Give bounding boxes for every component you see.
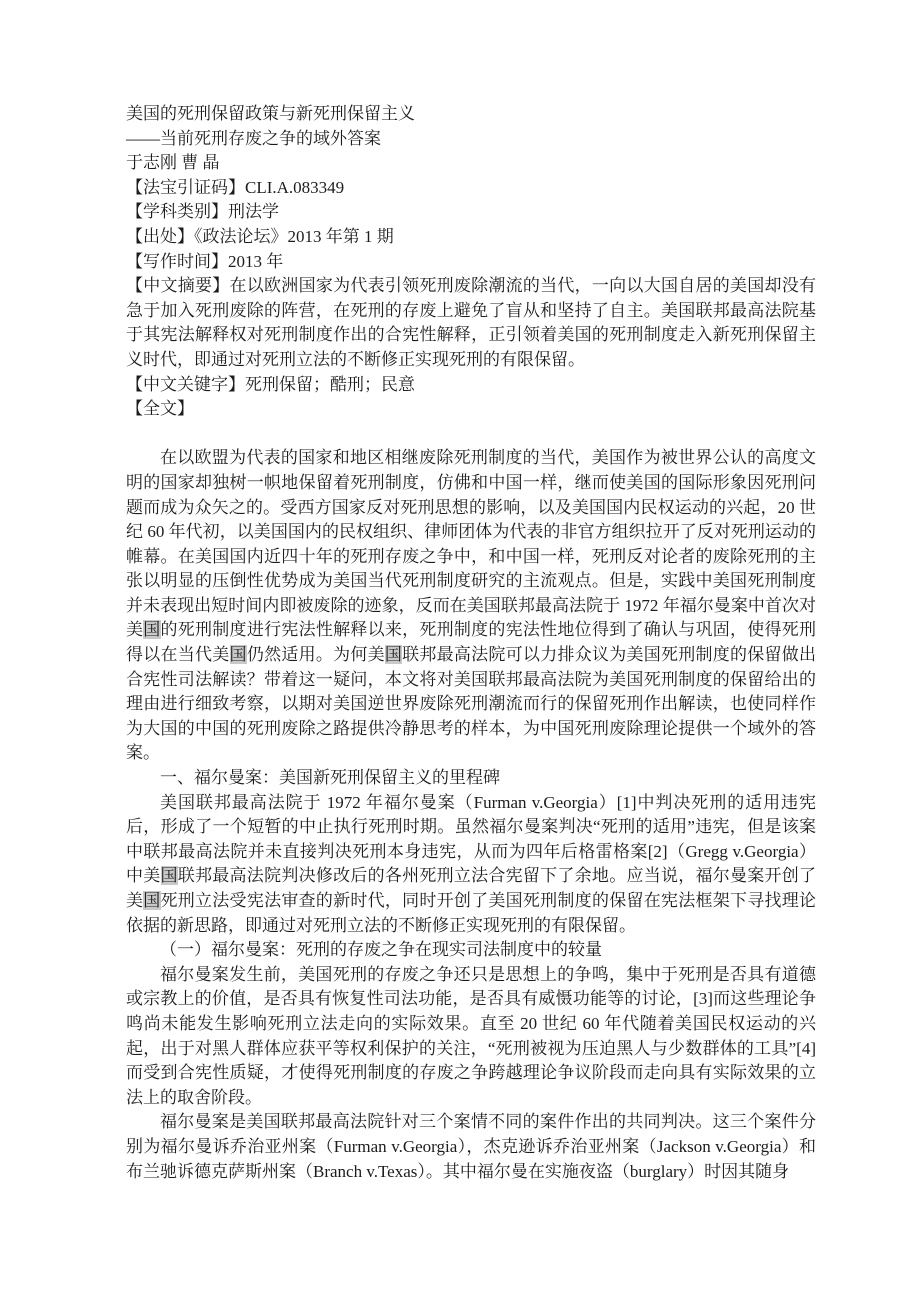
doc-authors: 于志刚 曹 晶 (126, 151, 816, 176)
document-page: 美国的死刑保留政策与新死刑保留主义 ——当前死刑存废之争的域外答案 于志刚 曹 … (0, 0, 920, 1302)
body-paragraph: 福尔曼案是美国联邦最高法院针对三个案情不同的案件作出的共同判决。这三个案件分别为… (126, 1110, 816, 1184)
doc-meta-line: 【出处】《政法论坛》2013 年第 1 期 (126, 225, 816, 250)
highlighted-char: 国 (161, 866, 178, 885)
doc-meta-line: 【写作时间】2013 年 (126, 250, 816, 275)
section-heading: 一、福尔曼案：美国新死刑保留主义的里程碑 (126, 766, 816, 791)
body-paragraph: 福尔曼案发生前，美国死刑的存废之争还只是思想上的争鸣，集中于死刑是否具有道德或宗… (126, 963, 816, 1111)
body-paragraph: 美国联邦最高法院于 1972 年福尔曼案（Furman v.Georgia）[1… (126, 791, 816, 939)
body-paragraph: 在以欧盟为代表的国家和地区相继废除死刑制度的当代，美国作为被世界公认的高度文明的… (126, 446, 816, 766)
doc-title: 美国的死刑保留政策与新死刑保留主义 (126, 102, 816, 127)
doc-meta-line: 【中文关键字】死刑保留；酷刑；民意 (126, 373, 816, 398)
doc-meta-line: 【中文摘要】在以欧洲国家为代表引领死刑废除潮流的当代，一向以大国自居的美国却没有… (126, 274, 816, 372)
doc-meta-line: 【法宝引证码】CLI.A.083349 (126, 176, 816, 201)
doc-meta-line: 【学科类别】刑法学 (126, 200, 816, 225)
highlighted-char: 国 (143, 891, 160, 910)
highlighted-char: 国 (143, 620, 160, 639)
doc-subtitle: ——当前死刑存废之争的域外答案 (126, 127, 816, 152)
doc-meta-block: 【法宝引证码】CLI.A.083349【学科类别】刑法学【出处】《政法论坛》20… (126, 176, 816, 422)
highlighted-char: 国 (230, 645, 247, 664)
doc-body: 在以欧盟为代表的国家和地区相继废除死刑制度的当代，美国作为被世界公认的高度文明的… (126, 446, 816, 1184)
doc-meta-line: 【全文】 (126, 397, 816, 422)
highlighted-char: 国 (385, 645, 402, 664)
section-heading: （一）福尔曼案：死刑的存废之争在现实司法制度中的较量 (126, 938, 816, 963)
